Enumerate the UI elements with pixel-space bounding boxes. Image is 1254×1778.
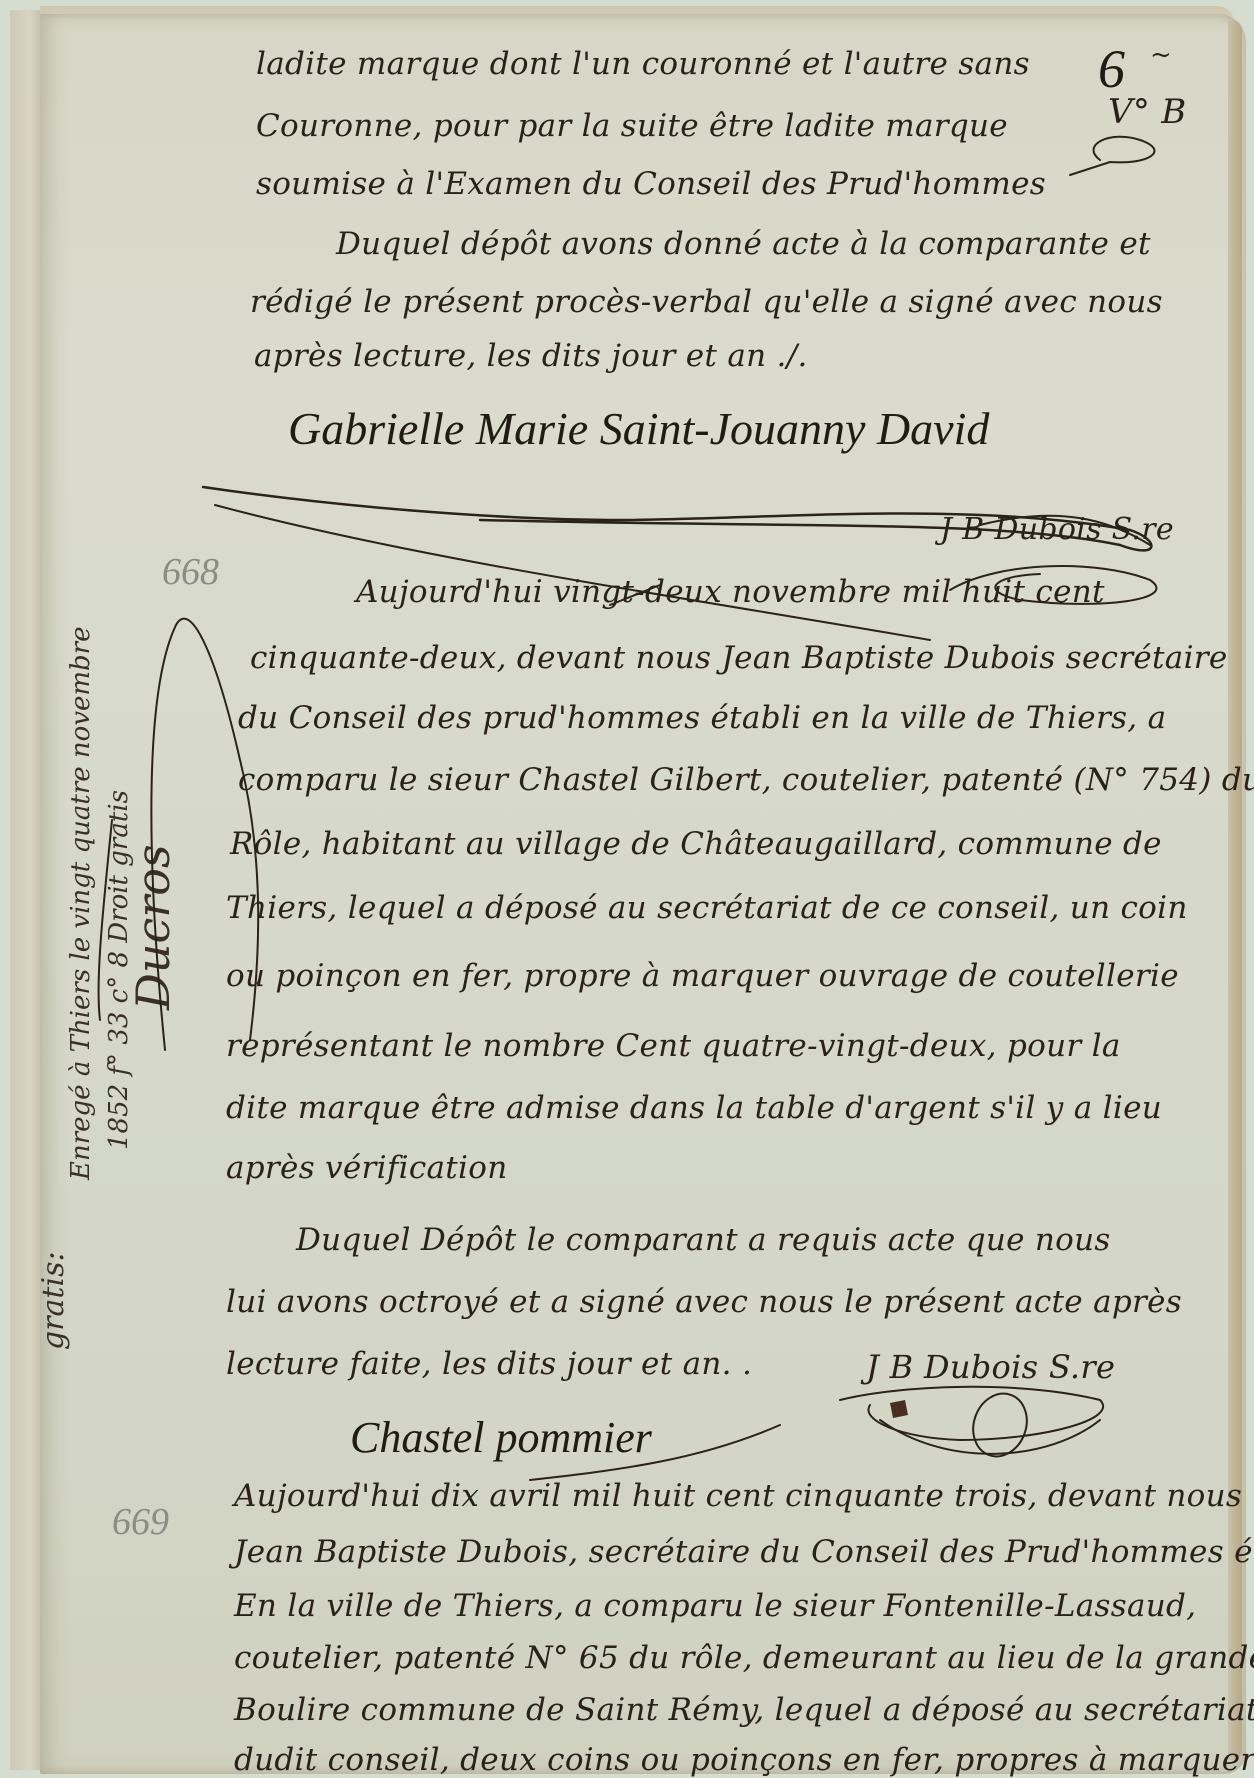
text-line: ladite marque dont l'un couronné et l'au… (256, 46, 1030, 82)
folio-annotation: V° B (1108, 92, 1187, 132)
signature-dubois: J B Dubois S.re (940, 512, 1174, 547)
text-line: Jean Baptiste Dubois, secrétaire du Cons… (234, 1534, 1254, 1570)
margin-gratis: gratis: (36, 1251, 71, 1350)
text-line: coutelier, patenté N° 65 du rôle, demeur… (234, 1640, 1254, 1676)
text-line: représentant le nombre Cent quatre-vingt… (226, 1028, 1121, 1064)
text-line: Couronne, pour par la suite être ladite … (256, 108, 1008, 144)
signature-chastel: Chastel pommier (350, 1412, 652, 1463)
text-line: Thiers, lequel a déposé au secrétariat d… (226, 890, 1188, 926)
folio-suffix: ~ (1150, 40, 1172, 70)
text-line: Aujourd'hui dix avril mil huit cent cinq… (234, 1478, 1242, 1514)
text-line: lui avons octroyé et a signé avec nous l… (226, 1284, 1182, 1320)
text-line: soumise à l'Examen du Conseil des Prud'h… (256, 166, 1046, 202)
margin-registration-note: Enregé à Thiers le vingt quatre novembre (66, 626, 96, 1180)
entry-number: 668 (162, 550, 219, 594)
folio-number: 6 (1098, 38, 1125, 100)
text-line: dudit conseil, deux coins ou poinçons en… (234, 1742, 1254, 1778)
text-line: Duquel Dépôt le comparant a requis acte … (296, 1222, 1111, 1258)
text-line: Aujourd'hui vingt-deux novembre mil huit… (356, 574, 1105, 610)
text-line: rédigé le présent procès-verbal qu'elle … (250, 284, 1163, 320)
text-line: cinquante-deux, devant nous Jean Baptist… (250, 640, 1228, 676)
text-line: lecture faite, les dits jour et an. . (226, 1346, 752, 1382)
margin-signature: Ducros (126, 844, 180, 1010)
text-line: dite marque être admise dans la table d'… (226, 1090, 1162, 1126)
signature-gabrielle-david: Gabrielle Marie Saint-Jouanny David (288, 402, 989, 455)
signature-dubois: J B Dubois S.re (866, 1348, 1115, 1386)
text-line: du Conseil des prud'hommes établi en la … (238, 700, 1166, 736)
text-line: En la ville de Thiers, a comparu le sieu… (234, 1588, 1196, 1624)
text-line: Rôle, habitant au village de Châteaugail… (230, 826, 1162, 862)
text-line: après vérification (226, 1150, 507, 1186)
text-line: Duquel dépôt avons donné acte à la compa… (336, 226, 1151, 262)
text-line: Boulire commune de Saint Rémy, lequel a … (234, 1692, 1254, 1728)
text-line: après lecture, les dits jour et an ./. (254, 338, 808, 374)
entry-number: 669 (112, 1500, 169, 1544)
text-line: comparu le sieur Chastel Gilbert, coutel… (238, 762, 1254, 798)
text-line: ou poinçon en fer, propre à marquer ouvr… (226, 958, 1179, 994)
